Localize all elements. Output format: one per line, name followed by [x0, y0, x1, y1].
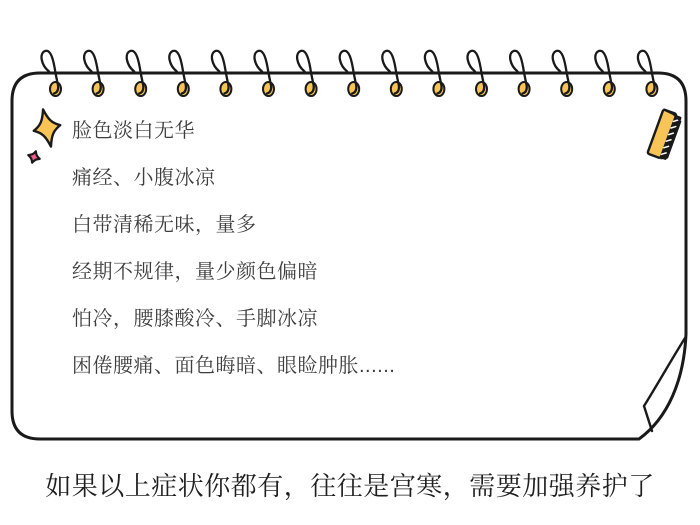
caption-text: 如果以上症状你都有，往往是宫寒，需要加强养护了: [0, 466, 700, 503]
symptom-line: 经期不规律，量少颜色偏暗: [72, 259, 318, 286]
symptom-line: 白带清稀无味，量多: [72, 212, 257, 239]
symptom-line: 脸色淡白无华: [72, 118, 195, 145]
symptom-line: 怕冷，腰膝酸冷、手脚冰凉: [72, 306, 318, 333]
poster: 脸色淡白无华 痛经、小腹冰凉 白带清稀无味，量多 经期不规律，量少颜色偏暗 怕冷…: [0, 0, 700, 525]
symptom-line: 痛经、小腹冰凉: [72, 165, 216, 192]
symptom-line: 困倦腰痛、面色晦暗、眼睑肿胀......: [72, 353, 395, 380]
